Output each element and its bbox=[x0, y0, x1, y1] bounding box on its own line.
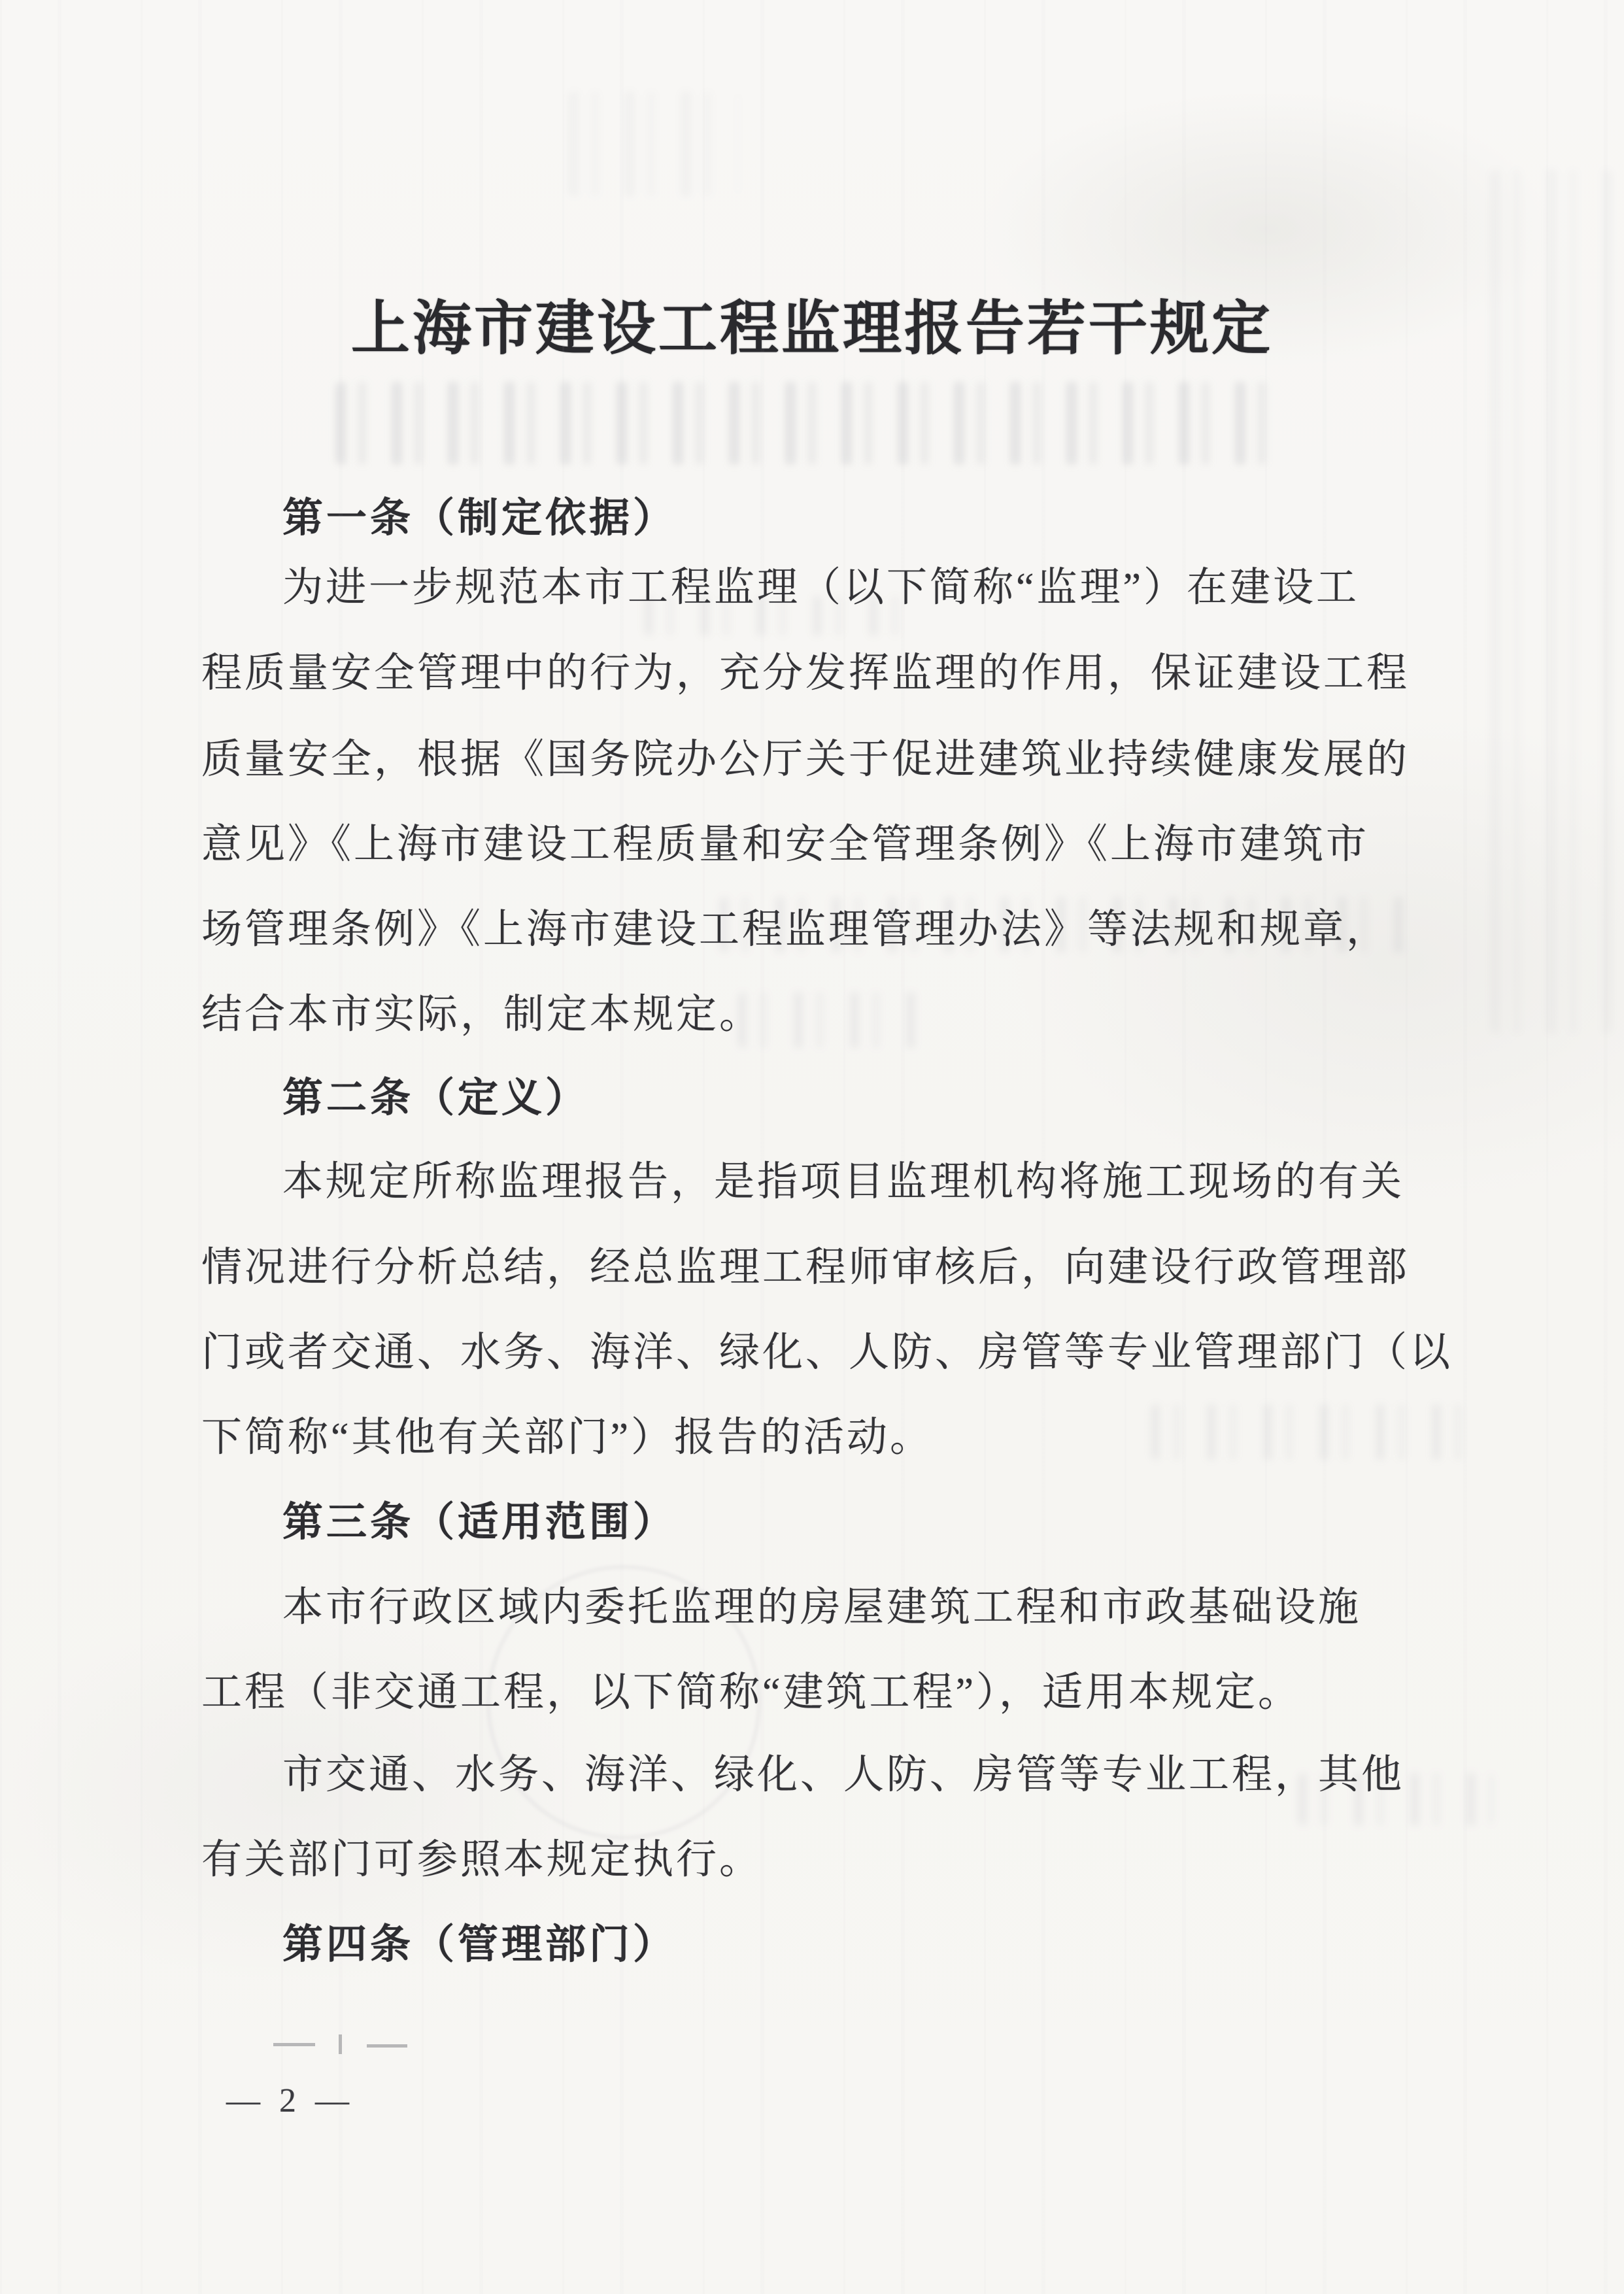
document-title: 上海市建设工程监理报告若干规定 bbox=[0, 293, 1624, 366]
heading-article-1: 第一条（制定依据） bbox=[282, 490, 677, 547]
doc-line: 有关部门可参照本规定执行。 bbox=[201, 1832, 762, 1888]
doc-line: 意见》《上海市建设工程质量和安全管理条例》《上海市建筑市 bbox=[201, 817, 1369, 873]
pencil-dash bbox=[273, 2043, 315, 2046]
bleedthrough-smudge bbox=[569, 92, 739, 196]
doc-line: 结合本市实际，制定本规定。 bbox=[201, 987, 762, 1043]
scanned-document-page: 上海市建设工程监理报告若干规定 第一条（制定依据） 为进一步规范本市工程监理（以… bbox=[0, 0, 1624, 2294]
heading-article-4: 第四条（管理部门） bbox=[282, 1917, 677, 1973]
doc-line: 工程（非交通工程，以下简称“建筑工程”），适用本规定。 bbox=[201, 1664, 1301, 1721]
heading-article-3: 第三条（适用范围） bbox=[282, 1494, 677, 1551]
pencil-tick bbox=[339, 2034, 342, 2054]
bleedthrough-title-band bbox=[336, 382, 1281, 464]
bleedthrough-smudge bbox=[1151, 1404, 1484, 1460]
doc-line: 质量安全，根据《国务院办公厅关于促进建筑业持续健康发展的 bbox=[201, 732, 1410, 788]
doc-line: 下简称“其他有关部门”）报告的活动。 bbox=[201, 1409, 933, 1466]
page-number: — 2 — bbox=[226, 2080, 354, 2122]
doc-line: 门或者交通、水务、海洋、绿化、人防、房管等专业管理部门（以 bbox=[201, 1324, 1453, 1381]
doc-line: 程质量安全管理中的行为，充分发挥监理的作用，保证建设工程 bbox=[201, 645, 1410, 701]
doc-line: 场管理条例》《上海市建设工程监理管理办法》等法规和规章， bbox=[201, 902, 1389, 958]
doc-line: 市交通、水务、海洋、绿化、人防、房管等专业工程，其他 bbox=[282, 1747, 1404, 1803]
doc-line: 本市行政区域内委托监理的房屋建筑工程和市政基础设施 bbox=[282, 1579, 1361, 1636]
doc-line: 本规定所称监理报告，是指项目监理机构将施工现场的有关 bbox=[282, 1154, 1404, 1210]
bleedthrough-smudge bbox=[737, 992, 927, 1048]
heading-article-2: 第二条（定义） bbox=[282, 1070, 589, 1126]
pencil-dash bbox=[367, 2044, 407, 2048]
doc-line: 为进一步规范本市工程监理（以下简称“监理”）在建设工 bbox=[282, 560, 1359, 616]
doc-line: 情况进行分析总结，经总监理工程师审核后，向建设行政管理部 bbox=[201, 1240, 1410, 1296]
